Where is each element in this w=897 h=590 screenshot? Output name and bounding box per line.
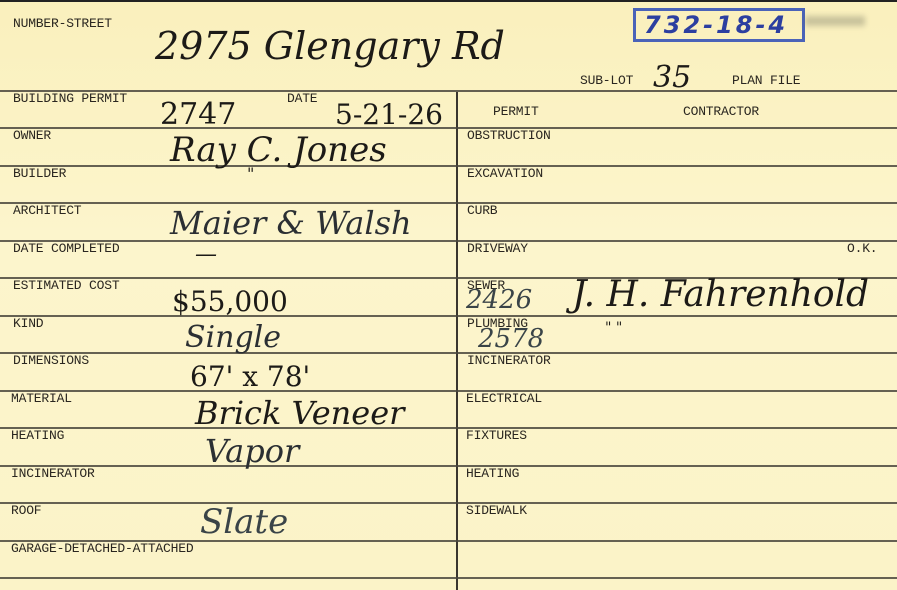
rule-line <box>0 390 897 392</box>
garage-label: GARAGE-DETACHED-ATTACHED <box>11 541 193 556</box>
rule-line <box>0 502 897 504</box>
plan-file-label: PLAN FILE <box>732 73 800 88</box>
heating-value: Vapor <box>205 432 299 470</box>
sub-lot-label: SUB-LOT <box>580 73 633 88</box>
rule-line <box>0 465 897 467</box>
rule-line <box>0 202 897 204</box>
rule-line <box>0 427 897 429</box>
architect-label: ARCHITECT <box>13 203 81 218</box>
sewer-contractor-value: J. H. Fahrenhold <box>572 274 869 315</box>
date-completed-value: — <box>195 242 217 267</box>
smudge-mark <box>805 16 865 26</box>
rule-line <box>0 127 897 129</box>
heating-label: HEATING <box>11 428 64 443</box>
sidewalk-label: SIDEWALK <box>466 503 527 518</box>
date-label: DATE <box>287 91 317 106</box>
owner-value: Ray C. Jones <box>170 130 387 170</box>
driveway-ok-note: O.K. <box>847 241 877 256</box>
rule-line <box>0 577 897 579</box>
fixtures-label: FIXTURES <box>466 428 527 443</box>
material-label: MATERIAL <box>11 391 72 406</box>
excavation-label: EXCAVATION <box>467 166 543 181</box>
curb-label: CURB <box>467 203 497 218</box>
file-number-stamp: 732-18-4 <box>633 8 805 42</box>
rule-line <box>0 165 897 167</box>
number-street-label: NUMBER-STREET <box>13 16 112 31</box>
estimated-cost-value: $55,000 <box>172 285 288 318</box>
heating-permit-label: HEATING <box>466 466 519 481</box>
rule-line <box>0 315 897 317</box>
rule-line <box>0 352 897 354</box>
dimensions-value: 67' x 78' <box>190 360 310 393</box>
rule-line <box>0 240 897 242</box>
dimensions-label: DIMENSIONS <box>13 353 89 368</box>
sewer-permit-value: 2426 <box>466 285 532 315</box>
roof-value: Slate <box>200 502 288 542</box>
kind-value: Single <box>185 320 281 355</box>
driveway-label: DRIVEWAY <box>467 241 528 256</box>
incinerator-label: INCINERATOR <box>11 466 95 481</box>
rule-line <box>0 90 897 92</box>
building-permit-card: 732-18-4 NUMBER-STREET 2975 Glengary Rd … <box>0 0 897 590</box>
kind-label: KIND <box>13 316 43 331</box>
builder-label: BUILDER <box>13 166 66 181</box>
contractor-column-header: CONTRACTOR <box>683 104 759 119</box>
plumbing-permit-value: 2578 <box>478 324 544 354</box>
number-street-value: 2975 Glengary Rd <box>155 24 505 68</box>
incinerator-permit-label: INCINERATOR <box>467 353 551 368</box>
roof-label: ROOF <box>11 503 41 518</box>
plumbing-contractor-value: " " <box>605 320 622 336</box>
builder-value: " <box>247 164 254 183</box>
electrical-label: ELECTRICAL <box>466 391 542 406</box>
architect-value: Maier & Walsh <box>170 204 412 242</box>
material-value: Brick Veneer <box>195 394 404 432</box>
building-permit-label: BUILDING PERMIT <box>13 91 127 106</box>
date-completed-label: DATE COMPLETED <box>13 241 119 256</box>
estimated-cost-label: ESTIMATED COST <box>13 278 119 293</box>
permit-column-header: PERMIT <box>493 104 539 119</box>
owner-label: OWNER <box>13 128 51 143</box>
obstruction-label: OBSTRUCTION <box>467 128 551 143</box>
